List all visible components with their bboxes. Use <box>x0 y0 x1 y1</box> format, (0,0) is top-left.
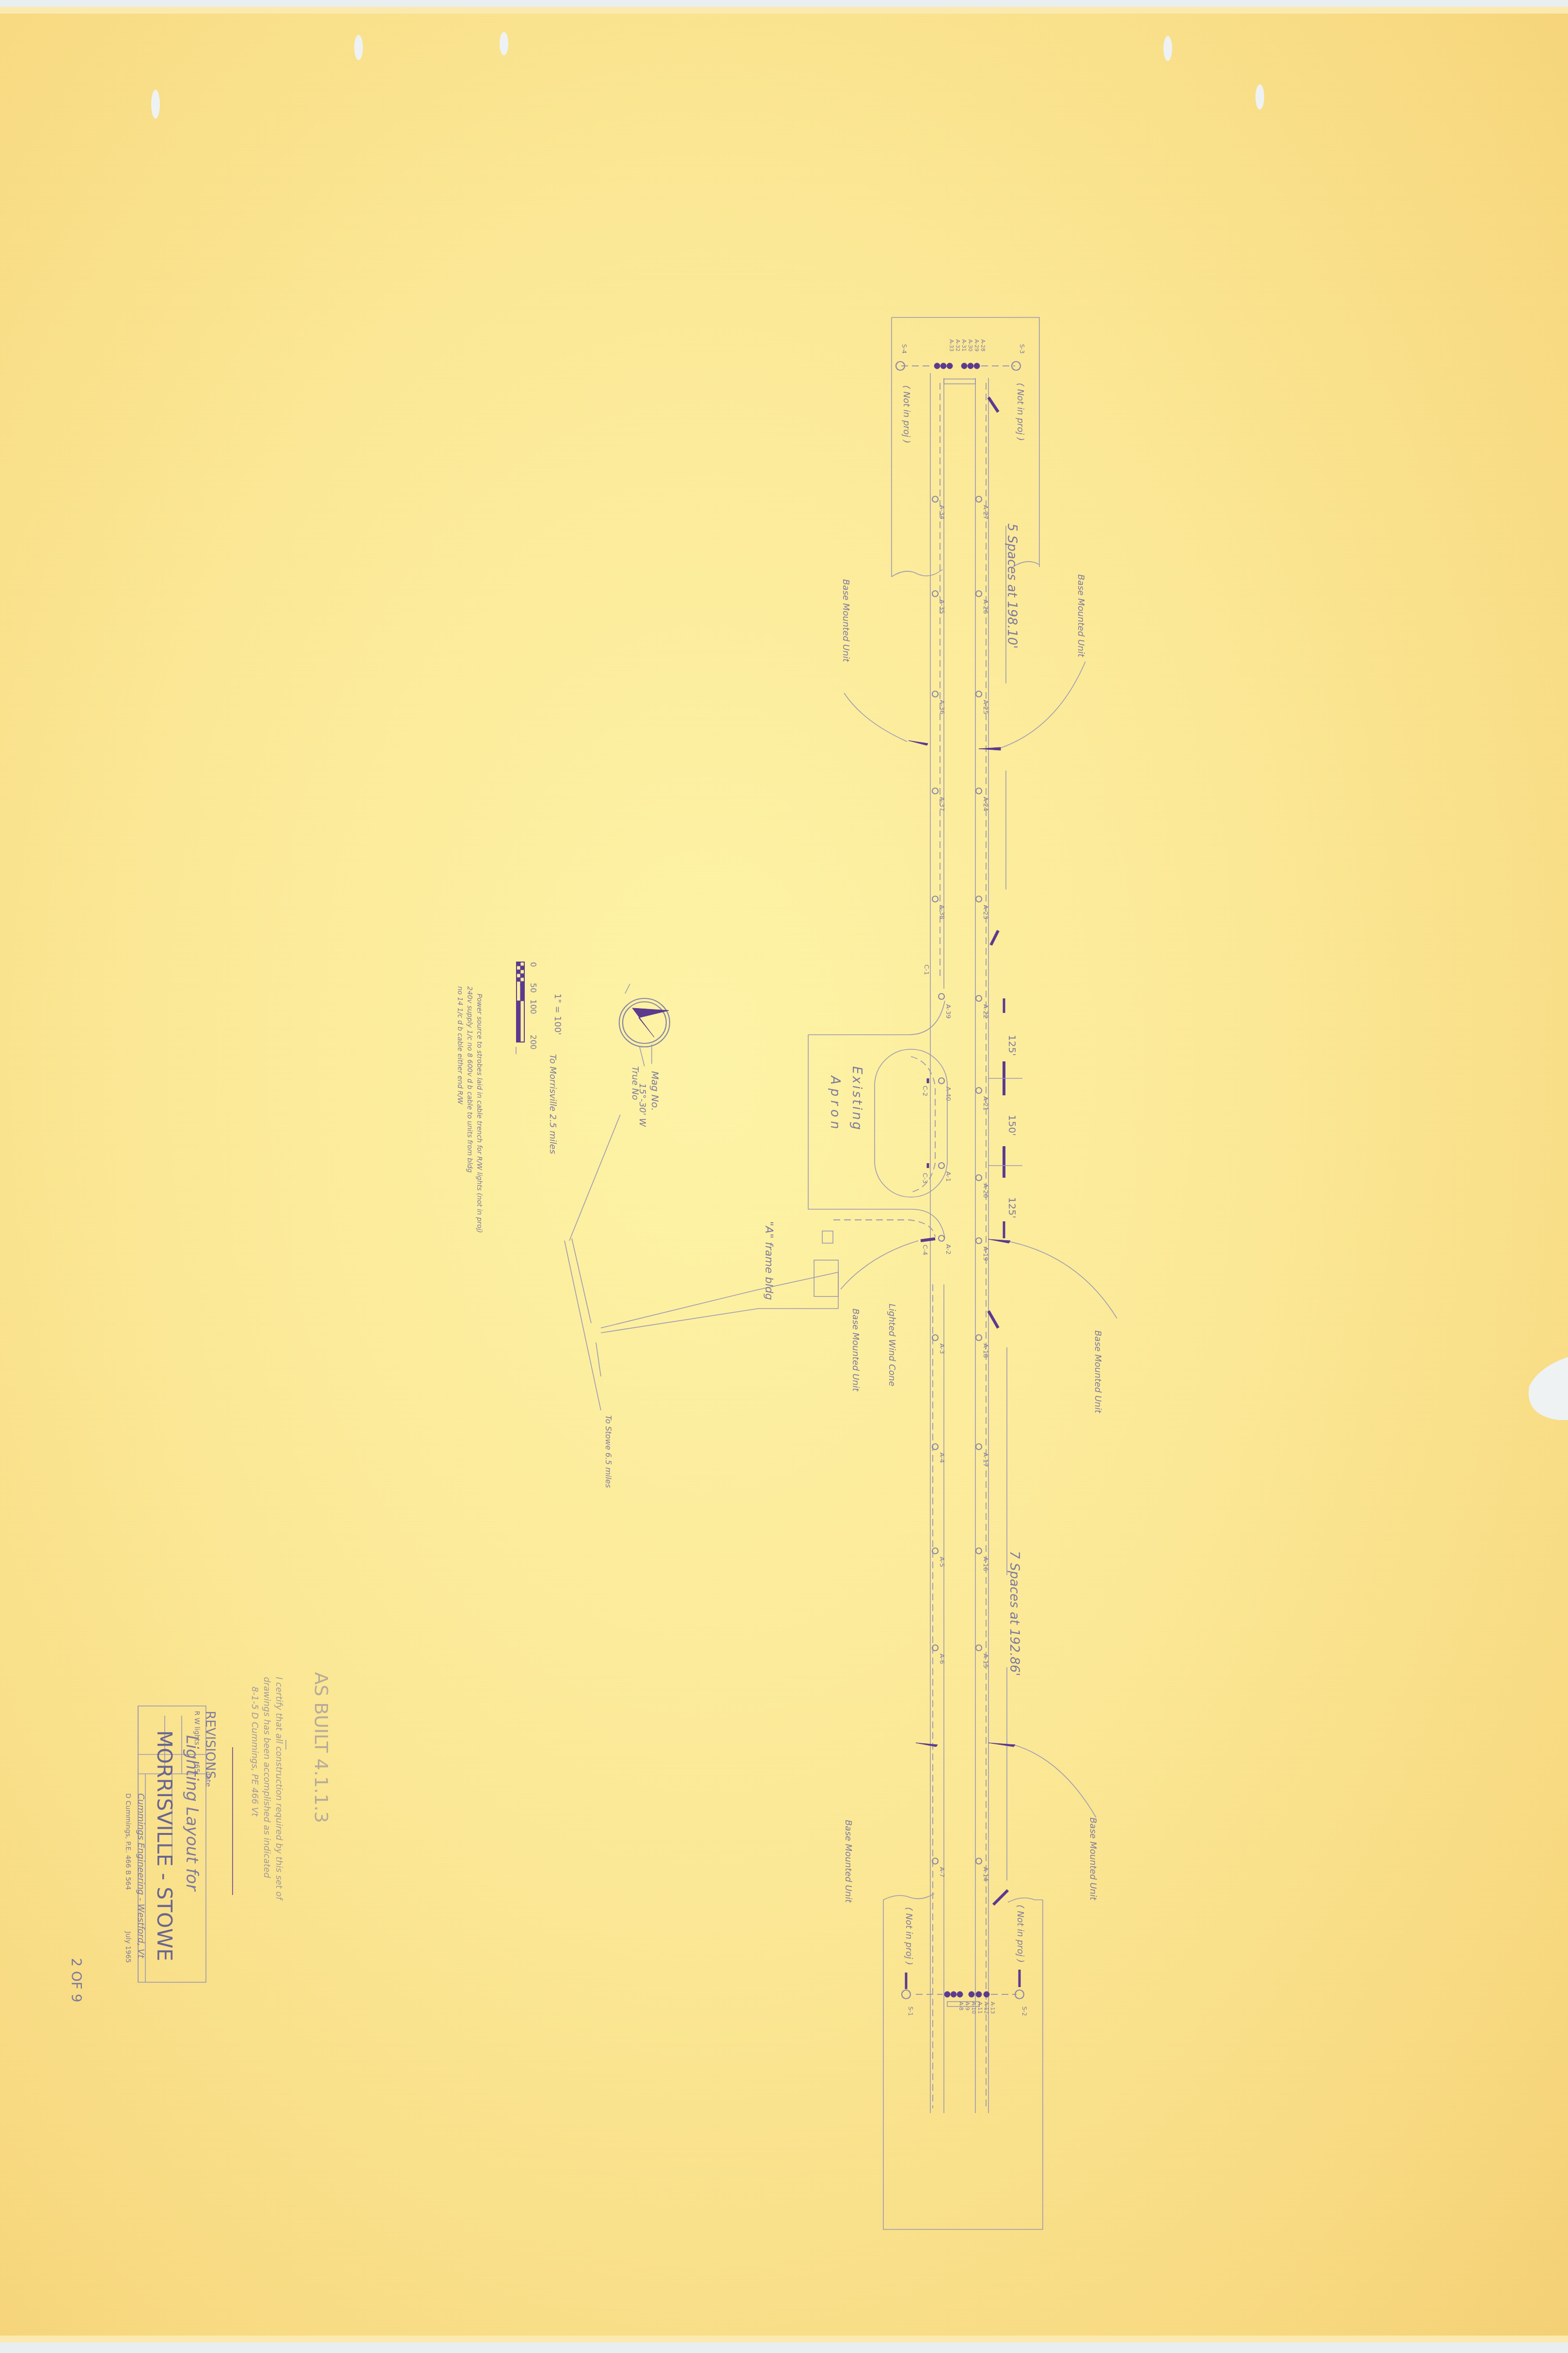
threshold-light-label: A-12 <box>983 2002 989 2014</box>
edge-light-label: A-3 <box>938 1343 945 1354</box>
wind-cone-label: Lighted Wind Cone <box>887 1304 897 1387</box>
taxi-light-label: C-1 <box>923 964 930 975</box>
edge-light-icon <box>976 496 982 502</box>
edge-light-label: A-39 <box>944 1004 952 1019</box>
edge-light-label: A-21 <box>982 1096 989 1111</box>
not-in-proj-label-2: ( Not in proj ) <box>901 385 911 443</box>
strobe-label: S-2 <box>1021 2006 1028 2016</box>
to-stowe-label: To Stowe 6.5 miles <box>604 1415 613 1488</box>
revisions-header: REVISIONS <box>203 1711 217 1779</box>
strobe-label: S-1 <box>907 2006 914 2016</box>
threshold-light-label: A-11 <box>977 2002 983 2014</box>
edge-light-label: A-25 <box>982 700 989 714</box>
edge-light-label: A-2 <box>944 1244 952 1255</box>
edge-light-icon <box>976 691 982 697</box>
threshold-light-label: A-31 <box>961 339 967 351</box>
base-mounted-unit-label-4: Base Mounted Unit <box>850 1309 861 1392</box>
edge-light-icon <box>976 1548 982 1554</box>
edge-light-label: A-27 <box>982 505 989 520</box>
edge-light-label: A-22 <box>982 1004 989 1019</box>
base-mounted-unit-label-1: Base Mounted Unit <box>1076 574 1086 658</box>
project-name: MORRISVILLE - STOWE <box>153 1730 176 1961</box>
edge-light-label: A-38 <box>938 905 945 919</box>
sheet-number: 2 OF 9 <box>68 1958 84 2003</box>
as-built-stamp: AS BUILT 4.1.1.3 <box>311 1672 332 1823</box>
edge-light-label: A-23 <box>982 905 989 919</box>
taxi-light-label: C-3 <box>921 1173 928 1184</box>
edge-light-label: A-35 <box>938 600 945 614</box>
edge-light-label: A-4 <box>938 1453 945 1463</box>
power-note-3: no 14 1/c d b cable either end R/W <box>456 986 464 1105</box>
not-in-proj-label-4: ( Not in proj ) <box>904 1907 914 1965</box>
edge-light-icon <box>976 896 982 902</box>
edge-light-label: A-15 <box>982 1654 989 1668</box>
true-north-label: True No <box>630 1066 640 1100</box>
scale-tick-0: 0 <box>529 962 538 967</box>
access-roads <box>564 1115 838 1410</box>
firm-name: Cummings Engineering - Westford, Vt <box>136 1793 146 1958</box>
scale-tick-100: 100 <box>529 999 538 1014</box>
existing-label: Existing <box>849 1066 864 1132</box>
certification-line-1: I certify that all construction required… <box>274 1677 284 1901</box>
engineer-line: D Cummings, P.E. 466 B 564 <box>124 1793 132 1890</box>
edge-light-icon <box>976 788 982 794</box>
threshold-light-label: A-9 <box>964 2002 971 2010</box>
threshold-light-label: A-32 <box>955 339 961 351</box>
edge-light-label: A-19 <box>982 1247 989 1261</box>
edge-light-icon <box>976 1175 982 1181</box>
threshold-light-label: A-33 <box>948 339 955 351</box>
edge-light-label: A-6 <box>938 1654 945 1664</box>
base-mounted-unit-label-3: Base Mounted Unit <box>1093 1330 1103 1414</box>
strobe-label: S-3 <box>1019 344 1025 354</box>
edge-light-label: A-36 <box>938 700 945 714</box>
edge-light-label: A-5 <box>938 1557 945 1567</box>
taxi-light-label: C-4 <box>921 1245 928 1255</box>
threshold-light-label: A-29 <box>973 339 980 351</box>
threshold-light-label: A-8 <box>958 2002 964 2010</box>
edge-light-icon <box>976 1088 982 1093</box>
edge-light-icon <box>976 1335 982 1341</box>
threshold-light-label: A-30 <box>967 339 973 351</box>
edge-light-label: A-24 <box>982 797 989 811</box>
certification-line-2: drawings has been accomplished as indica… <box>262 1677 272 1879</box>
edge-light-icon <box>932 496 938 502</box>
dimension-150: 150' <box>1006 1115 1018 1136</box>
threshold-light-label: A-13 <box>989 2002 996 2014</box>
spacing-top-label: 5 Spaces at 198.10' <box>1004 523 1019 648</box>
power-note-2: 240v supply 1/c no 8 600v d b cable to u… <box>466 986 473 1173</box>
punch-holes <box>151 32 1568 1420</box>
edge-light-label: A-34 <box>938 505 945 520</box>
base-mounted-unit-label-2: Base Mounted Unit <box>841 579 851 663</box>
dimension-125-b: 125' <box>1006 1197 1018 1218</box>
drawing-labels: Lighting Layout for MORRISVILLE - STOWE … <box>68 383 1103 2003</box>
strobe-label: S-4 <box>901 344 908 354</box>
edge-light-label: A-7 <box>938 1867 945 1878</box>
threshold-light-label: A-28 <box>980 339 986 351</box>
edge-light-icon <box>976 995 982 1001</box>
lighting-layout-drawing: A-27A-26A-25A-24A-23A-22A-21A-20A-19A-18… <box>0 0 1568 2353</box>
edge-light-label: A-18 <box>982 1343 989 1358</box>
scale-text: 1" = 100' <box>552 994 563 1035</box>
edge-light-icon <box>976 1444 982 1450</box>
edge-light-label: A-26 <box>982 600 989 614</box>
not-in-proj-label-1: ( Not in proj ) <box>1015 383 1025 441</box>
edge-light-label: A-16 <box>982 1557 989 1571</box>
title-text: Lighting Layout for <box>182 1735 202 1892</box>
not-in-proj-label-3: ( Not in proj ) <box>1015 1905 1025 1963</box>
power-note-1: Power source to strobes laid in cable tr… <box>475 994 483 1233</box>
dimension-125-a: 125' <box>1006 1035 1018 1056</box>
left-edge-lights: A-34A-35A-36A-37A-38A-39A-40A-1A-2A-3A-4… <box>932 496 952 1878</box>
edge-light-icon <box>932 788 938 794</box>
edge-light-icon <box>976 591 982 597</box>
edge-light-icon <box>976 1238 982 1244</box>
edge-light-icon <box>976 1858 982 1864</box>
base-mounted-unit-arcs <box>841 662 1117 1817</box>
edge-light-label: A-37 <box>938 797 945 811</box>
threshold-lights-bottom <box>902 1890 1024 1999</box>
edge-light-icon <box>932 896 938 902</box>
threshold-lights-top <box>896 362 1020 412</box>
edge-light-icon <box>932 591 938 597</box>
edge-light-label: A-17 <box>982 1453 989 1467</box>
to-morrisville-label: To Morrisville 2.5 miles <box>548 1054 558 1154</box>
edge-light-icon <box>976 1645 982 1651</box>
revision-entry: R W lights <box>193 1711 201 1745</box>
edge-light-icon <box>932 691 938 697</box>
base-mounted-unit-label-6: Base Mounted Unit <box>843 1820 853 1903</box>
north-arrow-icon <box>619 984 670 1066</box>
revisions-date-header: date <box>204 1771 212 1787</box>
threshold-light-label: A-10 <box>971 2002 977 2014</box>
spacing-bottom-label: 7 Spaces at 192.86' <box>1007 1551 1021 1676</box>
edge-light-label: A-14 <box>982 1867 989 1881</box>
a-frame-bldg-label: "A" frame bldg <box>763 1221 775 1300</box>
right-edge-lights: A-27A-26A-25A-24A-23A-22A-21A-20A-19A-18… <box>976 496 989 1881</box>
taxi-light-label: C-2 <box>921 1086 928 1096</box>
apron-label: Apron <box>828 1075 842 1133</box>
edge-light-label: A-40 <box>944 1087 952 1101</box>
drawing-sheet: A-27A-26A-25A-24A-23A-22A-21A-20A-19A-18… <box>0 0 1568 2353</box>
drawing-date: July 1965 <box>124 1931 132 1963</box>
base-mounted-unit-label-5: Base Mounted Unit <box>1088 1817 1098 1901</box>
scale-tick-50: 50 <box>529 983 538 993</box>
certification-line-3: 8-1-5 D Cummings, PE 466 Vt <box>250 1687 260 1817</box>
revision-entry-date: 65 <box>193 1764 201 1773</box>
edge-light-label: A-20 <box>982 1184 989 1198</box>
mag-north-label: Mag No. <box>649 1071 661 1111</box>
scale-tick-200: 200 <box>529 1035 538 1050</box>
scale-bar <box>516 962 524 1054</box>
